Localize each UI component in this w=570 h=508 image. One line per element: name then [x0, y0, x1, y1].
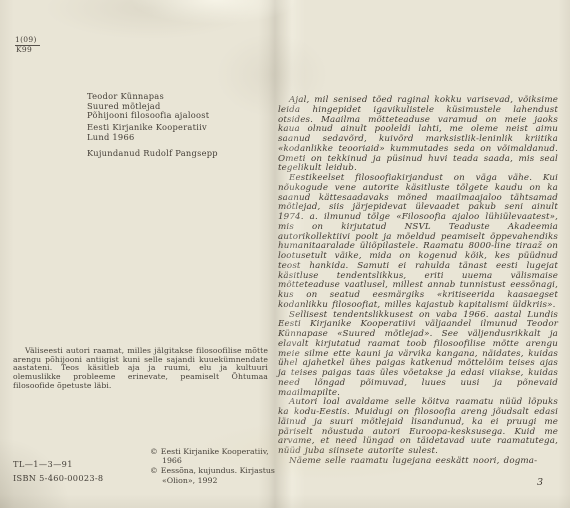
- foreword-paragraph: Sellisest tendentslikkusest on vaba 1966…: [278, 311, 558, 399]
- classification-bottom: K99: [15, 46, 40, 55]
- print-code: TL—1—3—91: [13, 459, 73, 469]
- copyright-icon: ©: [150, 447, 158, 456]
- book-subtitle: Põhijooni filosoofia ajaloost: [87, 111, 218, 121]
- title-block: Teodor Künnapas Suured mõtlejad Põhijoon…: [87, 92, 218, 158]
- foreword-text: Ajal, mil senised tõed raginal kokku var…: [278, 96, 558, 467]
- foreword-paragraph: Näeme selle raamatu lugejana eeskätt noo…: [278, 457, 558, 467]
- copyright-text: Eesti Kirjanike Kooperatiiv, 1966: [161, 447, 269, 465]
- copyright-text: Eessõna, kujundus. Kirjastus «Olion», 19…: [161, 466, 275, 484]
- copyright-entry: ©Eesti Kirjanike Kooperatiiv, 1966: [150, 447, 283, 465]
- annotation-paragraph: Väliseesti autori raamat, milles jälgita…: [13, 347, 268, 391]
- foreword-paragraph: Autori loal avaldame selle köitva raamat…: [278, 398, 558, 457]
- page-number: 3: [537, 477, 543, 488]
- copyright-entry: ©Eessõna, kujundus. Kirjastus «Olion», 1…: [150, 466, 283, 484]
- place-year: Lund 1966: [87, 133, 218, 143]
- copyright-icon: ©: [150, 466, 158, 475]
- designer-credit: Kujundanud Rudolf Pangsepp: [87, 149, 218, 159]
- foreword-paragraph: Eestikeelset filosoofiakirjandust on väg…: [278, 174, 558, 311]
- classification-mark: 1(09) K99: [15, 36, 40, 55]
- copyright-block: ©Eesti Kirjanike Kooperatiiv, 1966 ©Eess…: [150, 447, 283, 486]
- foreword-paragraph: Ajal, mil senised tõed raginal kokku var…: [278, 96, 558, 174]
- isbn-number: ISBN 5-460-00023-8: [13, 473, 103, 483]
